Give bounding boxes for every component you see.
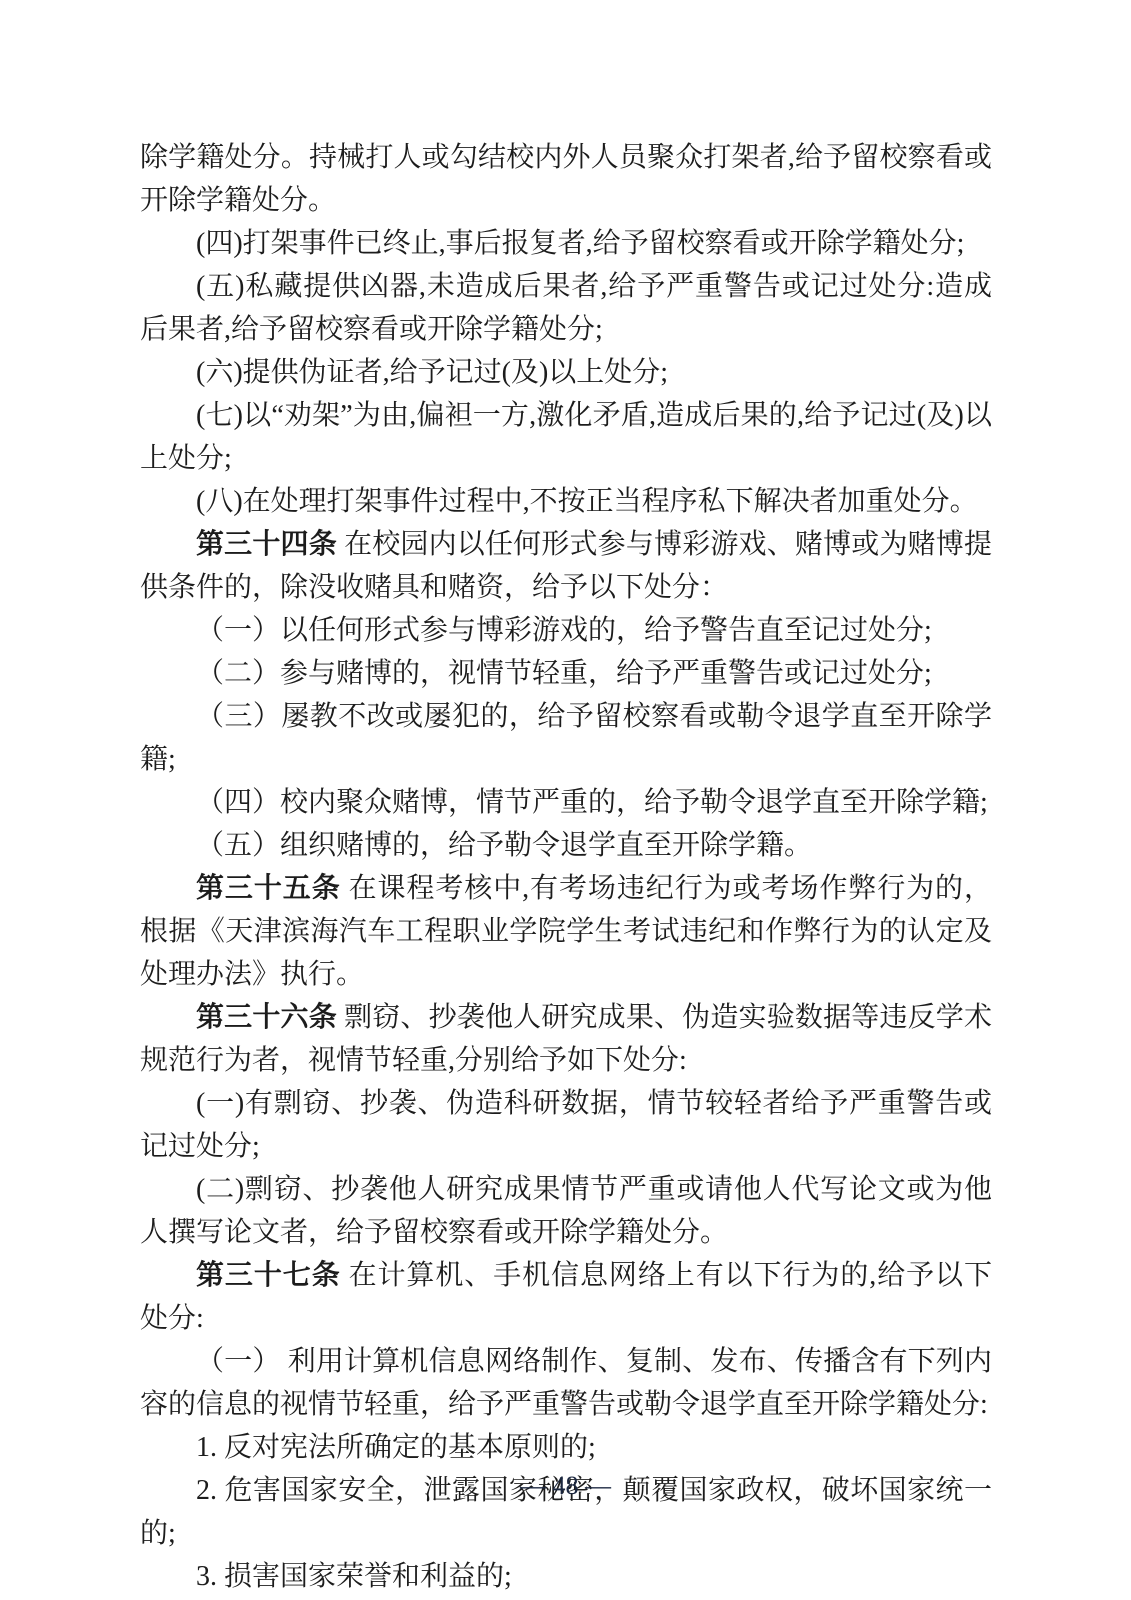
article-number: 第三十四条 bbox=[196, 529, 337, 560]
paragraph-text: （三）屡教不改或屡犯的，给予留校察看或勒令退学直至开除学籍; bbox=[140, 701, 992, 775]
paragraph: （二）参与赌博的，视情节轻重，给予严重警告或记过处分; bbox=[140, 652, 992, 695]
paragraph-text: (一)有剽窃、抄袭、伪造科研数据，情节较轻者给予严重警告或记过处分; bbox=[140, 1088, 992, 1162]
article-number: 第三十六条 bbox=[196, 1002, 337, 1033]
paragraph-text: （一）以任何形式参与博彩游戏的，给予警告直至记过处分; bbox=[196, 615, 932, 646]
paragraph: (四)打架事件已终止,事后报复者,给予留校察看或开除学籍处分; bbox=[140, 222, 992, 265]
paragraph: （三）屡教不改或屡犯的，给予留校察看或勒令退学直至开除学籍; bbox=[140, 695, 992, 781]
article-paragraph: 第三十七条 在计算机、手机信息网络上有以下行为的,给予以下处分: bbox=[140, 1254, 992, 1340]
paragraph-text: (二)剽窃、抄袭他人研究成果情节严重或请他人代写论文或为他人撰写论文者，给予留校… bbox=[140, 1174, 992, 1248]
document-body: 除学籍处分。持械打人或勾结校内外人员聚众打架者,给予留校察看或开除学籍处分。 (… bbox=[140, 136, 992, 1598]
paragraph-text: (八)在处理打架事件过程中,不按正当程序私下解决者加重处分。 bbox=[196, 486, 978, 517]
paragraph: 除学籍处分。持械打人或勾结校内外人员聚众打架者,给予留校察看或开除学籍处分。 bbox=[140, 136, 992, 222]
article-paragraph: 第三十五条 在课程考核中,有考场违纪行为或考场作弊行为的，根据《天津滨海汽车工程… bbox=[140, 867, 992, 996]
paragraph: （四）校内聚众赌博，情节严重的，给予勒令退学直至开除学籍; bbox=[140, 781, 992, 824]
paragraph: (七)以“劝架”为由,偏袒一方,激化矛盾,造成后果的,给予记过(及)以上处分; bbox=[140, 394, 992, 480]
paragraph: 3. 损害国家荣誉和利益的; bbox=[140, 1555, 992, 1598]
paragraph: (一)有剽窃、抄袭、伪造科研数据，情节较轻者给予严重警告或记过处分; bbox=[140, 1082, 992, 1168]
paragraph: (八)在处理打架事件过程中,不按正当程序私下解决者加重处分。 bbox=[140, 480, 992, 523]
article-number: 第三十七条 bbox=[196, 1260, 341, 1291]
paragraph-text: (五)私藏提供凶器,未造成后果者,给予严重警告或记过处分:造成后果者,给予留校察… bbox=[140, 271, 992, 345]
paragraph-text: 除学籍处分。持械打人或勾结校内外人员聚众打架者,给予留校察看或开除学籍处分。 bbox=[140, 142, 992, 216]
page-number: — 48 — bbox=[0, 1470, 1131, 1502]
paragraph-text: （四）校内聚众赌博，情节严重的，给予勒令退学直至开除学籍; bbox=[196, 787, 988, 818]
paragraph: （一） 利用计算机信息网络制作、复制、发布、传播含有下列内容的信息的视情节轻重，… bbox=[140, 1340, 992, 1426]
paragraph: (二)剽窃、抄袭他人研究成果情节严重或请他人代写论文或为他人撰写论文者，给予留校… bbox=[140, 1168, 992, 1254]
paragraph-text: (四)打架事件已终止,事后报复者,给予留校察看或开除学籍处分; bbox=[196, 228, 964, 259]
paragraph-text: （一） 利用计算机信息网络制作、复制、发布、传播含有下列内容的信息的视情节轻重，… bbox=[140, 1346, 992, 1420]
paragraph-text: （五）组织赌博的，给予勒令退学直至开除学籍。 bbox=[196, 830, 812, 861]
article-paragraph: 第三十六条 剽窃、抄袭他人研究成果、伪造实验数据等违反学术规范行为者，视情节轻重… bbox=[140, 996, 992, 1082]
article-paragraph: 第三十四条 在校园内以任何形式参与博彩游戏、赌博或为赌博提供条件的，除没收赌具和… bbox=[140, 523, 992, 609]
paragraph: (六)提供伪证者,给予记过(及)以上处分; bbox=[140, 351, 992, 394]
paragraph: (五)私藏提供凶器,未造成后果者,给予严重警告或记过处分:造成后果者,给予留校察… bbox=[140, 265, 992, 351]
paragraph-text: （二）参与赌博的，视情节轻重，给予严重警告或记过处分; bbox=[196, 658, 932, 689]
document-page: 除学籍处分。持械打人或勾结校内外人员聚众打架者,给予留校察看或开除学籍处分。 (… bbox=[0, 0, 1131, 1600]
paragraph-text: (七)以“劝架”为由,偏袒一方,激化矛盾,造成后果的,给予记过(及)以上处分; bbox=[140, 400, 992, 474]
paragraph-text: 3. 损害国家荣誉和利益的; bbox=[196, 1561, 512, 1592]
paragraph-text: (六)提供伪证者,给予记过(及)以上处分; bbox=[196, 357, 668, 388]
paragraph-text: 1. 反对宪法所确定的基本原则的; bbox=[196, 1432, 596, 1463]
paragraph: （一）以任何形式参与博彩游戏的，给予警告直至记过处分; bbox=[140, 609, 992, 652]
article-number: 第三十五条 bbox=[196, 873, 341, 904]
paragraph: （五）组织赌博的，给予勒令退学直至开除学籍。 bbox=[140, 824, 992, 867]
paragraph: 1. 反对宪法所确定的基本原则的; bbox=[140, 1426, 992, 1469]
